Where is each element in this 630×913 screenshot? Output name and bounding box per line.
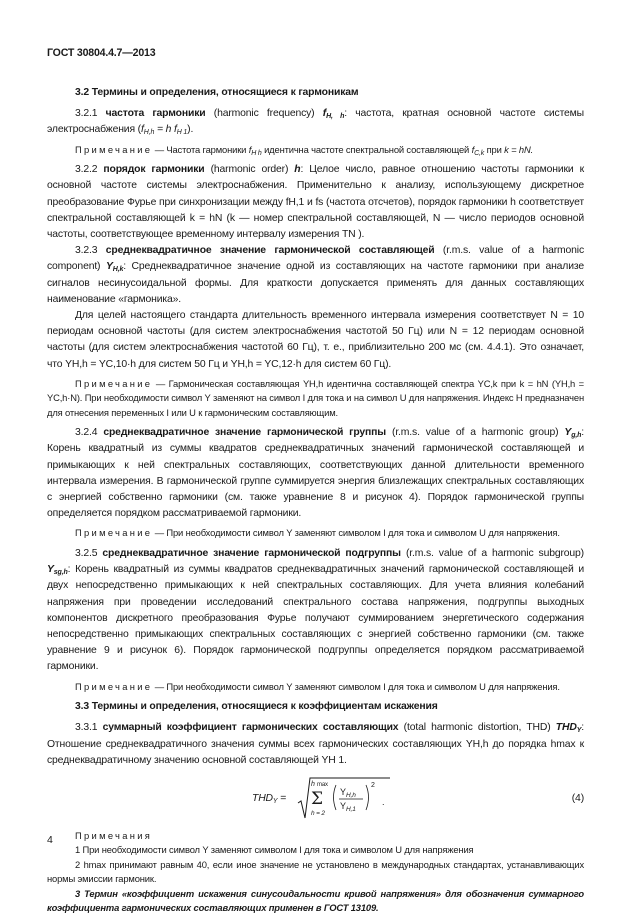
note-item-2: 2 hmax принимают равным 40, если иное зн… (47, 858, 584, 887)
svg-text:h = 2: h = 2 (311, 810, 325, 817)
formula-lhs: THDY = (252, 791, 286, 807)
square-root-sum-icon: h max Σ h = 2 Y H,h Y H,1 2 . (297, 777, 391, 819)
note-3-2-4: Примечание — При необходимости символ Y … (47, 526, 584, 541)
paragraph-measurement-interval: Для целей настоящего стандарта длительно… (47, 308, 584, 373)
document-body: 3.2 Термины и определения, относящиеся к… (47, 85, 584, 913)
svg-text:h: h (311, 781, 315, 788)
document-header: ГОСТ 30804.4.7—2013 (47, 47, 155, 59)
note-item-3: 3 Термин «коэффициент искажения синусоид… (47, 887, 584, 913)
note-3-2-1: Примечание — Частота гармоники fH h иден… (47, 143, 584, 158)
term-3-2-1: 3.2.1 частота гармоники (harmonic freque… (47, 106, 584, 138)
equation-number: (4) (572, 791, 584, 807)
note-3-2-5: Примечание — При необходимости символ Y … (47, 680, 584, 695)
svg-text:2: 2 (371, 782, 375, 789)
section-title-3-2: 3.2 Термины и определения, относящиеся к… (47, 85, 584, 101)
note-item-1: 1 При необходимости символ Y заменяют си… (47, 843, 584, 858)
term-3-2-5: 3.2.5 среднеквадратичное значение гармон… (47, 546, 584, 676)
term-3-2-4: 3.2.4 среднеквадратичное значение гармон… (47, 425, 584, 522)
svg-text:H,h: H,h (346, 792, 356, 799)
term-3-2-2: 3.2.2 порядок гармоники (harmonic order)… (47, 162, 584, 243)
svg-text:H,1: H,1 (346, 806, 356, 813)
svg-text:max: max (317, 782, 328, 788)
note-3-2-3: Примечание — Гармоническая составляющая … (47, 377, 584, 421)
section-title-3-3: 3.3 Термины и определения, относящиеся к… (47, 699, 584, 715)
page-number: 4 (47, 834, 53, 846)
document-page: ГОСТ 30804.4.7—2013 3.2 Термины и опреде… (0, 0, 630, 913)
notes-title: Примечания (47, 829, 584, 844)
svg-text:.: . (382, 797, 384, 807)
term-3-3-1: 3.3.1 суммарный коэффициент гармонически… (47, 720, 584, 769)
thd-formula: THDY = h max Σ h = 2 Y H,h Y H,1 2 . (4) (47, 775, 584, 825)
svg-text:Σ: Σ (311, 789, 323, 809)
term-3-2-3: 3.2.3 среднеквадратичное значение гармон… (47, 243, 584, 308)
